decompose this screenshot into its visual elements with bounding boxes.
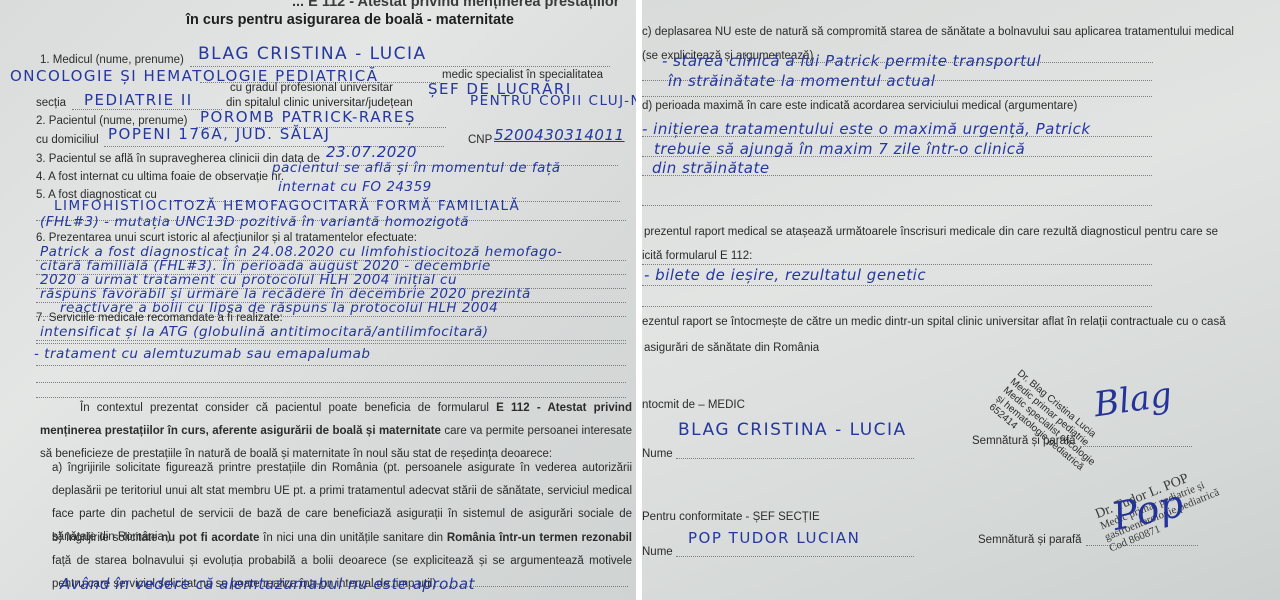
medic-value: BLAG CRISTINA - LUCIA [198,44,427,64]
point-c-label: c) deplasarea NU este de natură să compr… [642,26,1234,38]
dotted-line [36,365,626,366]
dotted-line [36,382,626,383]
cnp-value: 5200430314011 [494,126,625,144]
medic-nume-value: BLAG CRISTINA - LUCIA [678,420,907,440]
dotted-line [642,285,1152,286]
document-photo-left: ... E 112 - Atestat privind menținerea p… [0,0,636,600]
report-label-1: ezentul raport se întocmește de către un… [642,316,1226,328]
sectia-value: PEDIATRIE II [84,91,193,109]
semnatura-label-2: Semnătură și parafă [978,534,1082,546]
sectia-label: secția [36,97,66,109]
pacient-value: POROMB PATRICK-RAREȘ [200,108,416,126]
nume-label-1: Nume [642,448,673,460]
grad-label: cu gradul profesional universitar [230,82,393,94]
dotted-line [642,264,1152,265]
attach-value: - bilete de ieșire, rezultatul genetic [644,266,926,284]
point-d-value-3: din străinătate [652,159,770,177]
signature-1: Blag [1092,375,1175,425]
istoric-line: intensificat și la ATG (globulină antiti… [40,324,489,340]
point-c-value-2: în străinătate la momentul actual [668,72,936,90]
medic-label: 1. Medicul (nume, prenume) [40,54,184,66]
context-paragraph: În contextul prezentat consider că pacie… [40,397,632,466]
internat-value-1: pacientul se află și în momentul de față [272,160,560,176]
istoric-label: 6. Prezentarea unui scurt istoric al afe… [36,232,417,244]
spital-value: PENTRU COPII CLUJ-NAPOCA [470,93,636,109]
point-b-bold-2: România într-un termen rezonabil [447,532,632,544]
servicii-label: 7. Serviciile medicale recomandate a fi … [36,312,283,324]
domiciliu-label: cu domiciliul [36,134,99,146]
intocmit-label: ntocmit de – MEDIC [642,399,745,411]
attach-label-1: prezentul raport medical se atașează urm… [644,226,1218,238]
dotted-line [1086,545,1198,546]
cnp-label: CNP [468,134,492,146]
sef-label: Pentru conformitate - ȘEF SECȚIE [642,511,820,523]
sef-nume-value: POP TUDOR LUCIAN [688,529,860,547]
dotted-line [36,343,626,344]
diagnostic-value-2: (FHL#3) - mutația UNC13D pozitivă în var… [40,214,469,230]
point-c-value-1: - starea clinică a lui Patrick permite t… [662,52,1041,70]
internat-label: 4. A fost internat cu ultima foaie de ob… [36,171,284,183]
point-d-value-2: trebuie să ajungă în maxim 7 zile într-o… [654,140,1025,158]
dotted-line [642,96,1152,97]
dotted-line [36,340,626,341]
report-label-2: asigurări de sănătate din România [644,342,819,354]
servicii-value: - tratament cu alemtuzumab sau emapaluma… [34,346,371,362]
form-title-line-1: ... E 112 - Atestat privind menținerea p… [292,0,619,10]
point-b-value: Având în vedere că alemtuzumabul nu este… [60,575,475,593]
point-d-value-1: - inițierea tratamentului este o maximă … [642,120,1091,138]
nume-label-2: Nume [642,546,673,558]
point-d-label: d) perioada maximă în care este indicată… [642,100,1077,112]
dotted-line [676,556,914,557]
supraveghere-value: 23.07.2020 [326,143,417,161]
signature-2: Pop [1108,481,1187,539]
form-title-line-2: în curs pentru asigurarea de boală - mat… [186,12,514,28]
point-b-bold-1: nu pot fi acordate [161,532,259,544]
dotted-line [642,205,1152,206]
dotted-line [642,306,1152,307]
diagnostic-value-1: LIMFOHISTIOCITOZĂ HEMOFAGOCITARĂ FORMĂ F… [54,198,520,214]
document-photo-right: c) deplasarea NU este de natură să compr… [642,0,1280,600]
dotted-line [676,458,914,459]
context-intro: În contextul prezentat consider că pacie… [80,402,496,414]
point-b-prefix: b) îngrijirile solicitate [52,532,161,544]
domiciliu-value: POPENI 176A, JUD. SĂLAJ [108,125,330,143]
internat-value-2: internat cu FO 24359 [278,179,432,195]
point-b-mid: în nici una din unitățile sanitare din [259,532,447,544]
attach-label-2: icită formularul E 112: [642,250,752,262]
